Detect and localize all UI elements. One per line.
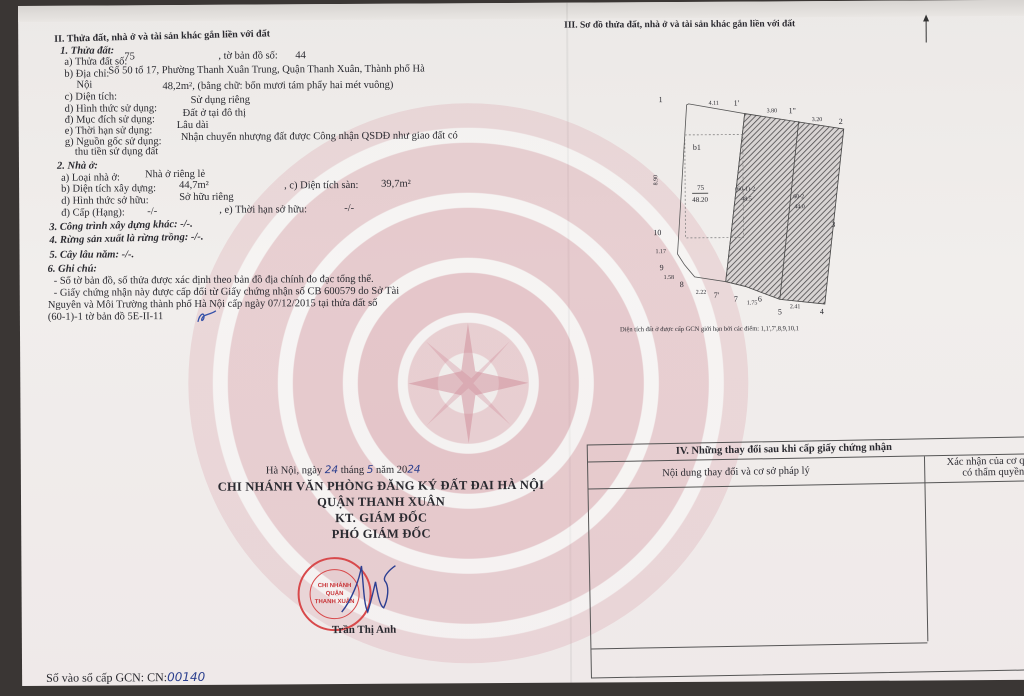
edge-4-5: 2.41 — [790, 301, 801, 313]
changes-table: IV. Những thay đổi sau khi cấp giấy chứn… — [587, 436, 1024, 679]
point-4: 4 — [820, 306, 824, 318]
neighbor-2-area: 44.0 — [794, 201, 805, 213]
house-heading: 2. Nhà ở: — [57, 161, 98, 173]
certificate-sheet: II. Thửa đất, nhà ở và tài sản khác gắn … — [18, 0, 1024, 686]
parcel-area: 48.20 — [692, 193, 708, 206]
edge-8-9: 1.58 — [664, 272, 675, 284]
point-1-double-prime: 1" — [789, 105, 796, 117]
section3-title: III. Sơ đồ thửa đất, nhà ở và tài sản kh… — [564, 18, 795, 31]
date-month: 5 — [367, 464, 374, 476]
ownership-term-label: , e) Thời hạn sở hữu: — [219, 204, 307, 217]
construction-area-label: b) Diện tích xây dựng: — [61, 183, 156, 196]
plantation-forest: 4. Rừng sản xuất là rừng trồng: -/-. — [49, 232, 203, 248]
signing-date: Hà Nội, ngày 24 tháng 5 năm 2024 — [266, 464, 421, 478]
point-3: 3 — [831, 219, 835, 231]
map-sheet-value: 44 — [295, 50, 306, 62]
point-10: 10 — [653, 227, 661, 239]
point-1-prime: 1' — [734, 98, 740, 110]
use-purpose-value: Đất ở tại đô thị — [183, 108, 246, 120]
month-label: tháng — [341, 465, 364, 476]
house-grade-label: đ) Cấp (Hạng): — [61, 207, 125, 219]
parcel-number-value: 75 — [124, 51, 135, 63]
edge-1p-1pp: 3.80 — [767, 105, 778, 117]
origin-value: Nhận chuyển nhượng đất được Công nhận QS… — [181, 130, 458, 144]
area-value: 48,2m², (bằng chữ: bốn mươi tám phẩy hai… — [162, 80, 393, 93]
area-label: c) Diện tích: — [65, 91, 118, 103]
year-label: năm 20 — [376, 465, 407, 476]
date-year: 24 — [407, 464, 420, 476]
house-label: b1 — [693, 142, 701, 154]
edge-7p-8: 2.22 — [696, 287, 707, 299]
point-2: 2 — [839, 116, 843, 128]
point-5: 5 — [778, 306, 782, 318]
registry-number: Số vào sổ cấp GCN: CN:00140 — [46, 671, 205, 684]
column-change-content: Nội dung thay đổi và cơ sở pháp lý — [662, 465, 810, 480]
address-value-cont: Nội — [76, 80, 92, 92]
edge-1pp-2: 3.20 — [812, 114, 823, 126]
ownership-term-value: -/- — [344, 203, 354, 215]
point-6: 6 — [758, 293, 762, 305]
north-arrow-icon — [922, 14, 930, 44]
construction-area-value: 44,7m² — [179, 180, 209, 192]
diagram-caption: Diện tích đất ở được cấp GCN giới hạn bở… — [620, 323, 799, 336]
point-7: 7 — [734, 294, 738, 306]
registry-label: Số vào sổ cấp GCN: CN: — [46, 670, 167, 685]
ownership-form-value: Sở hữu riêng — [179, 192, 233, 204]
edge-10-1: 8.90 — [650, 175, 662, 186]
house-grade-value: -/- — [147, 206, 157, 218]
edge-9-10: 1.17 — [655, 246, 666, 258]
point-8: 8 — [680, 279, 684, 291]
org-line-4: PHÓ GIÁM ĐỐC — [171, 525, 591, 544]
floor-area-label: , c) Diện tích sàn: — [284, 180, 358, 192]
table-bottom-rule — [591, 642, 927, 649]
section2-title: II. Thửa đất, nhà ở và tài sản khác gắn … — [54, 28, 270, 45]
signature-icon — [337, 560, 397, 620]
star-emblem-icon — [408, 323, 529, 444]
neighbor-1-area: 48.5 — [741, 194, 752, 206]
edge-1-1p: 4.11 — [709, 98, 719, 110]
floor-area-value: 39,7m² — [381, 179, 411, 191]
edge-6-7: 1.75 — [747, 297, 758, 309]
point-7-prime: 7' — [714, 290, 720, 302]
paper-edge — [18, 0, 1024, 22]
column-authority-line2: có thẩm quyền — [928, 466, 1024, 480]
ownership-form-label: d) Hình thức sở hữu: — [61, 195, 149, 208]
section4-title: IV. Những thay đổi sau khi cấp giấy chứn… — [676, 442, 892, 458]
point-1: 1 — [659, 94, 663, 106]
date-prefix: Hà Nội, ngày — [266, 465, 322, 476]
address-value: Số 50 tổ 17, Phường Thanh Xuân Trung, Qu… — [108, 64, 424, 78]
use-form-value: Sử dụng riêng — [191, 95, 250, 107]
use-term-value: Lâu dài — [177, 120, 209, 132]
note-line-4: (60-1)-1 tờ bản đồ 5E-II-11 — [48, 311, 163, 324]
notes-heading: 6. Ghi chú: — [48, 264, 97, 276]
registry-value: 00140 — [167, 670, 205, 684]
table-column-divider — [924, 456, 928, 641]
origin-value-cont: thu tiền sử dụng đất — [75, 146, 158, 159]
date-day: 24 — [325, 464, 338, 476]
initial-signature-icon — [196, 309, 218, 325]
signer-name: Trần Thị Anh — [332, 624, 396, 636]
perennial-trees: 5. Cây lâu năm: -/-. — [49, 249, 134, 262]
page-fold — [566, 3, 572, 683]
map-sheet-label: , tờ bản đồ số: — [218, 50, 278, 62]
